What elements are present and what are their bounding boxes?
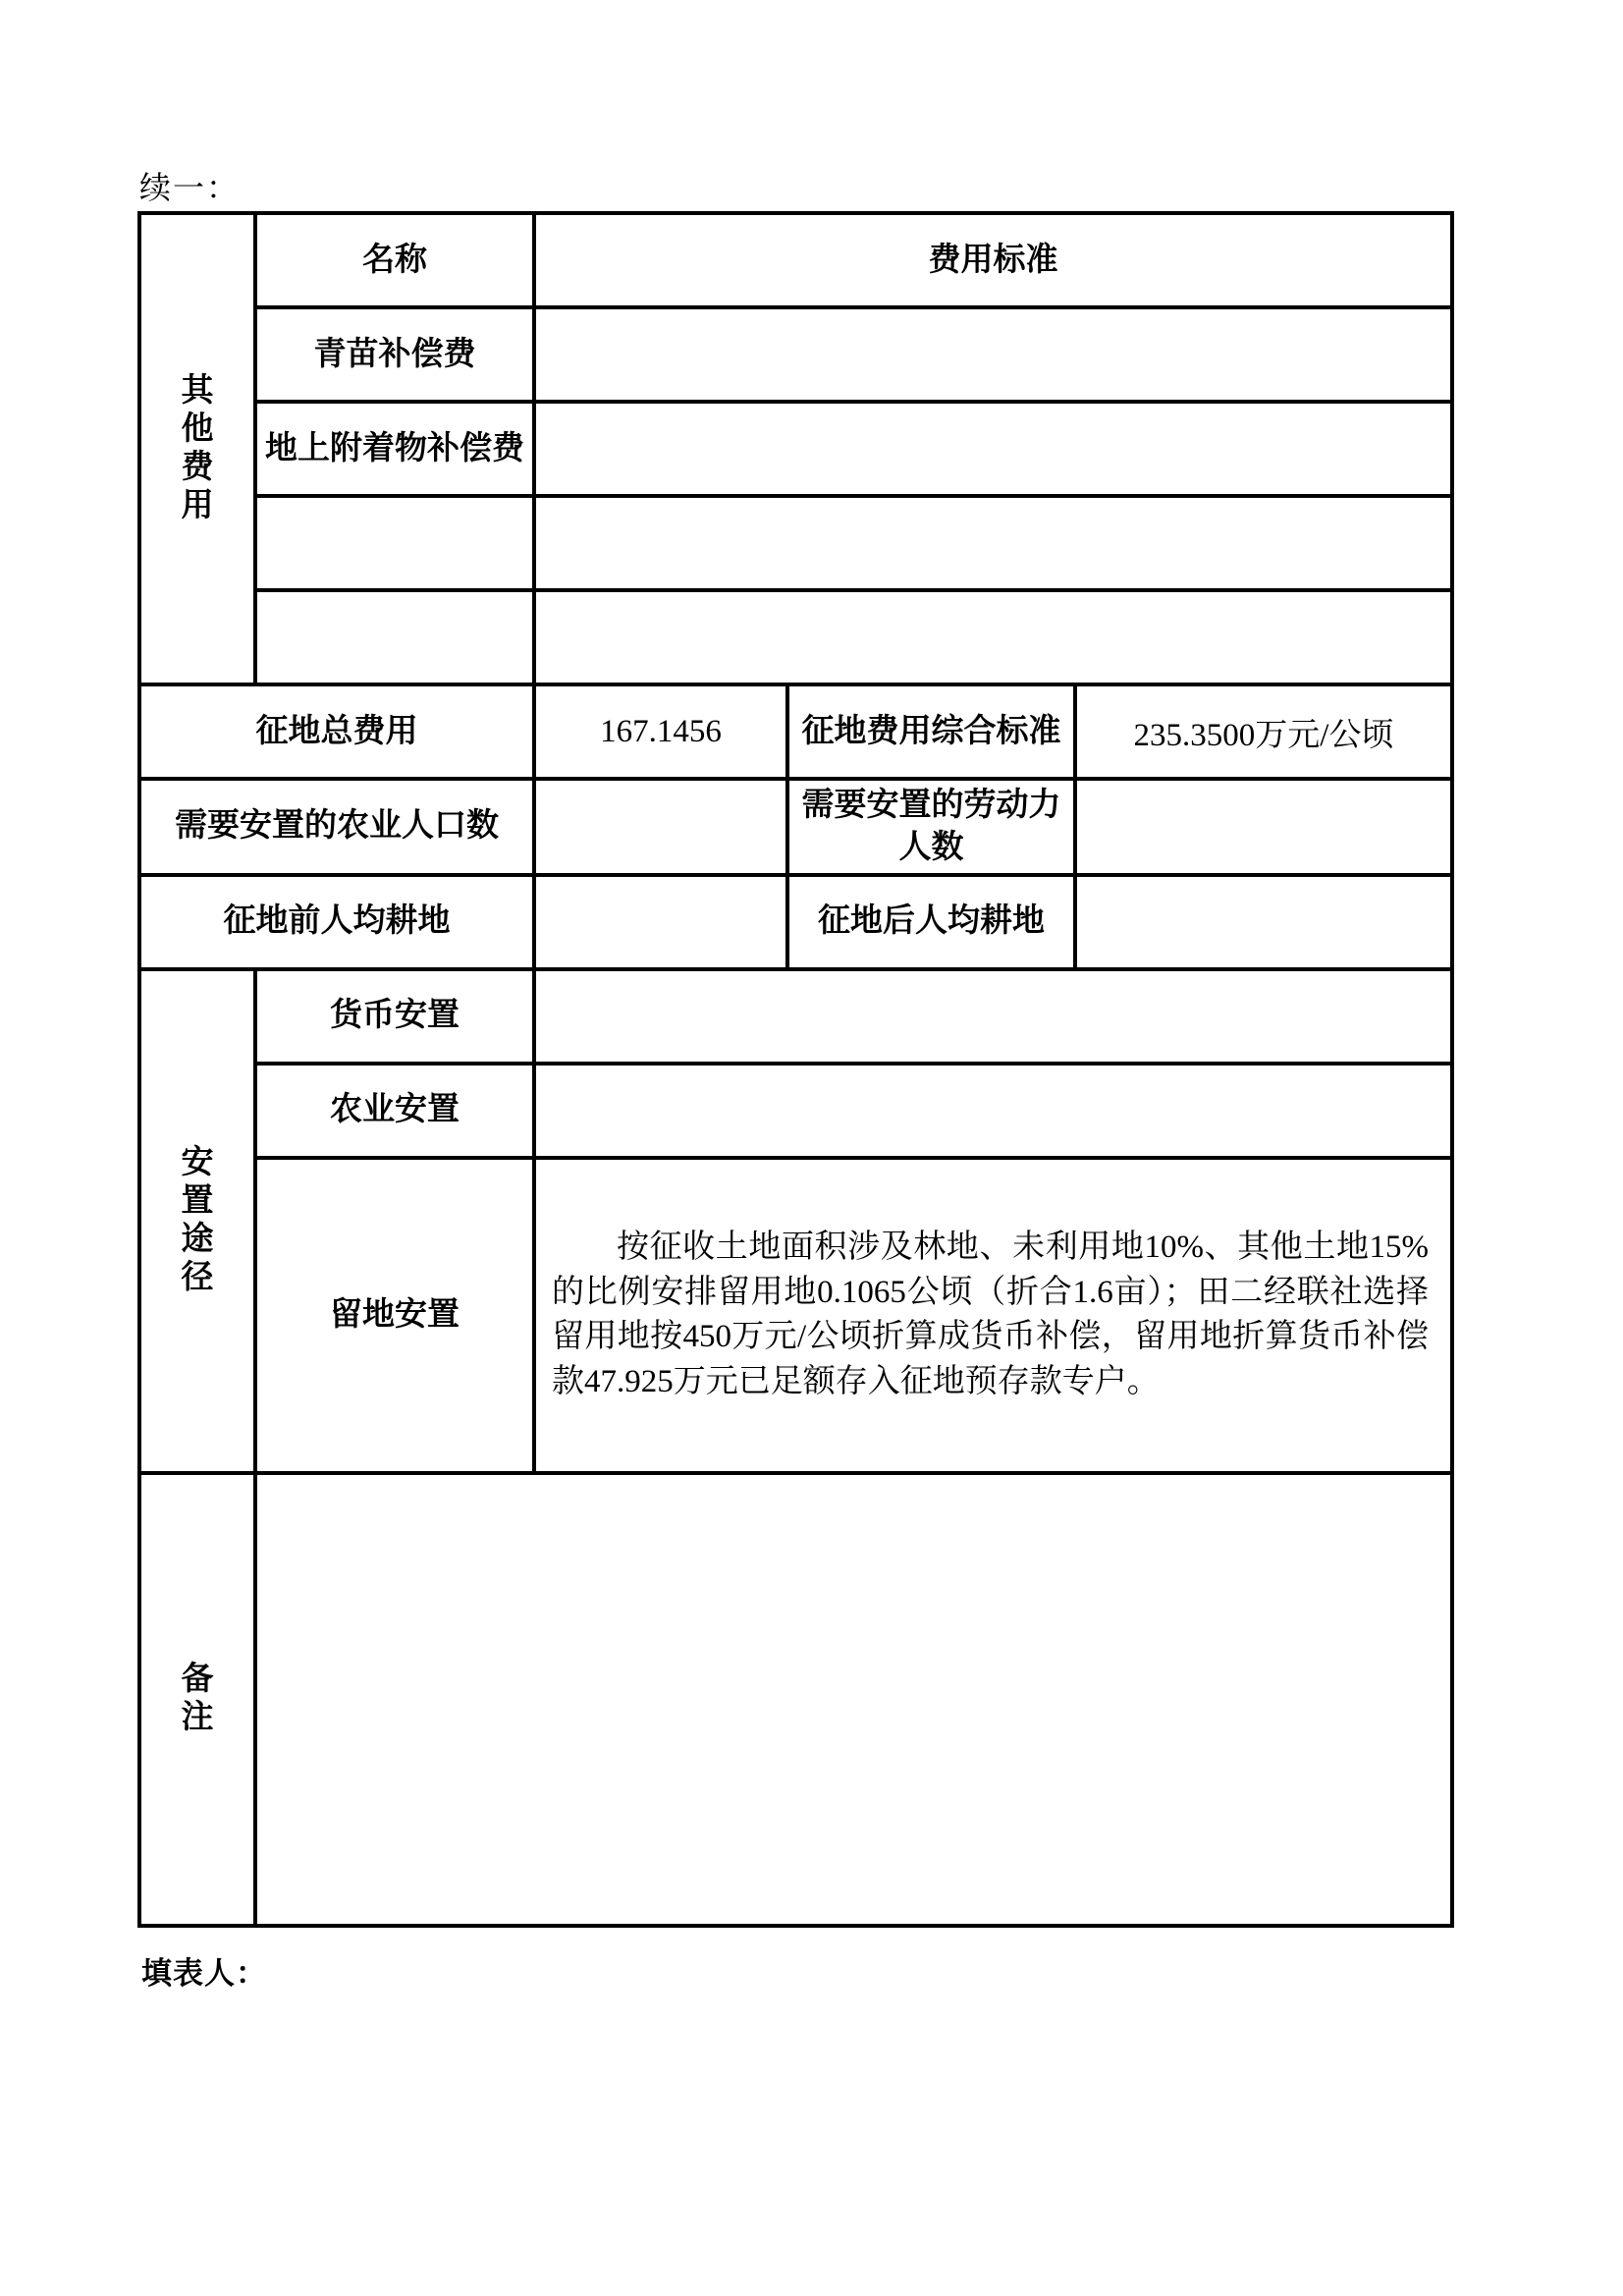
farmland-after-value [1075,875,1452,969]
resettlement-label-reserved-land: 留地安置 [255,1158,534,1473]
fee-value-attachments [534,402,1452,496]
labor-count-label: 需要安置的劳动力人数 [787,779,1075,875]
header-cell-fee-standard: 费用标准 [534,213,1452,307]
fee-label-empty-2 [255,590,534,684]
group-label-remarks: 备注 [179,1661,216,1737]
table-row: 需要安置的农业人口数 需要安置的劳动力人数 [139,779,1452,875]
total-fee-value: 167.1456 [534,684,787,779]
remarks-content [255,1473,1452,1926]
table-row: 农业安置 [139,1064,1452,1158]
farmland-before-label: 征地前人均耕地 [139,875,534,969]
group-cell-other-fees: 其他费用 [139,213,255,684]
fee-label-empty-1 [255,496,534,590]
table-row: 征地总费用 167.1456 征地费用综合标准 235.3500万元/公顷 [139,684,1452,779]
table-row [139,590,1452,684]
total-fee-label: 征地总费用 [139,684,534,779]
resettlement-content-reserved-land: 按征收土地面积涉及林地、未利用地10%、其他土地15%的比例安排留用地0.106… [534,1158,1452,1473]
filler-label: 填表人： [141,1948,267,1993]
table-row: 其他费用 名称 费用标准 [139,213,1452,307]
group-cell-remarks: 备注 [139,1473,255,1926]
comprehensive-standard-label: 征地费用综合标准 [787,684,1075,779]
table-row: 地上附着物补偿费 [139,402,1452,496]
group-label-other-fees: 其他费用 [179,372,216,525]
agri-population-label: 需要安置的农业人口数 [139,779,534,875]
fee-label-attachments: 地上附着物补偿费 [255,402,534,496]
table-row: 安置途径 货币安置 [139,969,1452,1064]
labor-count-value [1075,779,1452,875]
agri-population-value [534,779,787,875]
reserved-land-paragraph: 按征收土地面积涉及林地、未利用地10%、其他土地15%的比例安排留用地0.106… [544,1220,1442,1410]
resettlement-content-agricultural [534,1064,1452,1158]
table-row: 青苗补偿费 [139,307,1452,402]
document-page: 续一： 其他费用 名称 费用标准 青苗补偿费 地上附着物补偿费 [0,0,1623,2296]
fee-value-empty-2 [534,590,1452,684]
group-cell-resettlement: 安置途径 [139,969,255,1473]
table-row: 留地安置 按征收土地面积涉及林地、未利用地10%、其他土地15%的比例安排留用地… [139,1158,1452,1473]
comprehensive-standard-value: 235.3500万元/公顷 [1075,684,1452,779]
table-row [139,496,1452,590]
continuation-label: 续一： [139,163,240,208]
table-row: 备注 [139,1473,1452,1926]
group-label-resettlement: 安置途径 [179,1144,216,1297]
farmland-after-label: 征地后人均耕地 [787,875,1075,969]
header-cell-name: 名称 [255,213,534,307]
fee-value-empty-1 [534,496,1452,590]
farmland-before-value [534,875,787,969]
resettlement-content-monetary [534,969,1452,1064]
fee-label-seedling: 青苗补偿费 [255,307,534,402]
land-acquisition-table: 其他费用 名称 费用标准 青苗补偿费 地上附着物补偿费 征地总费用 167.14… [137,211,1454,1928]
fee-value-seedling [534,307,1452,402]
resettlement-label-agricultural: 农业安置 [255,1064,534,1158]
resettlement-label-monetary: 货币安置 [255,969,534,1064]
table-row: 征地前人均耕地 征地后人均耕地 [139,875,1452,969]
